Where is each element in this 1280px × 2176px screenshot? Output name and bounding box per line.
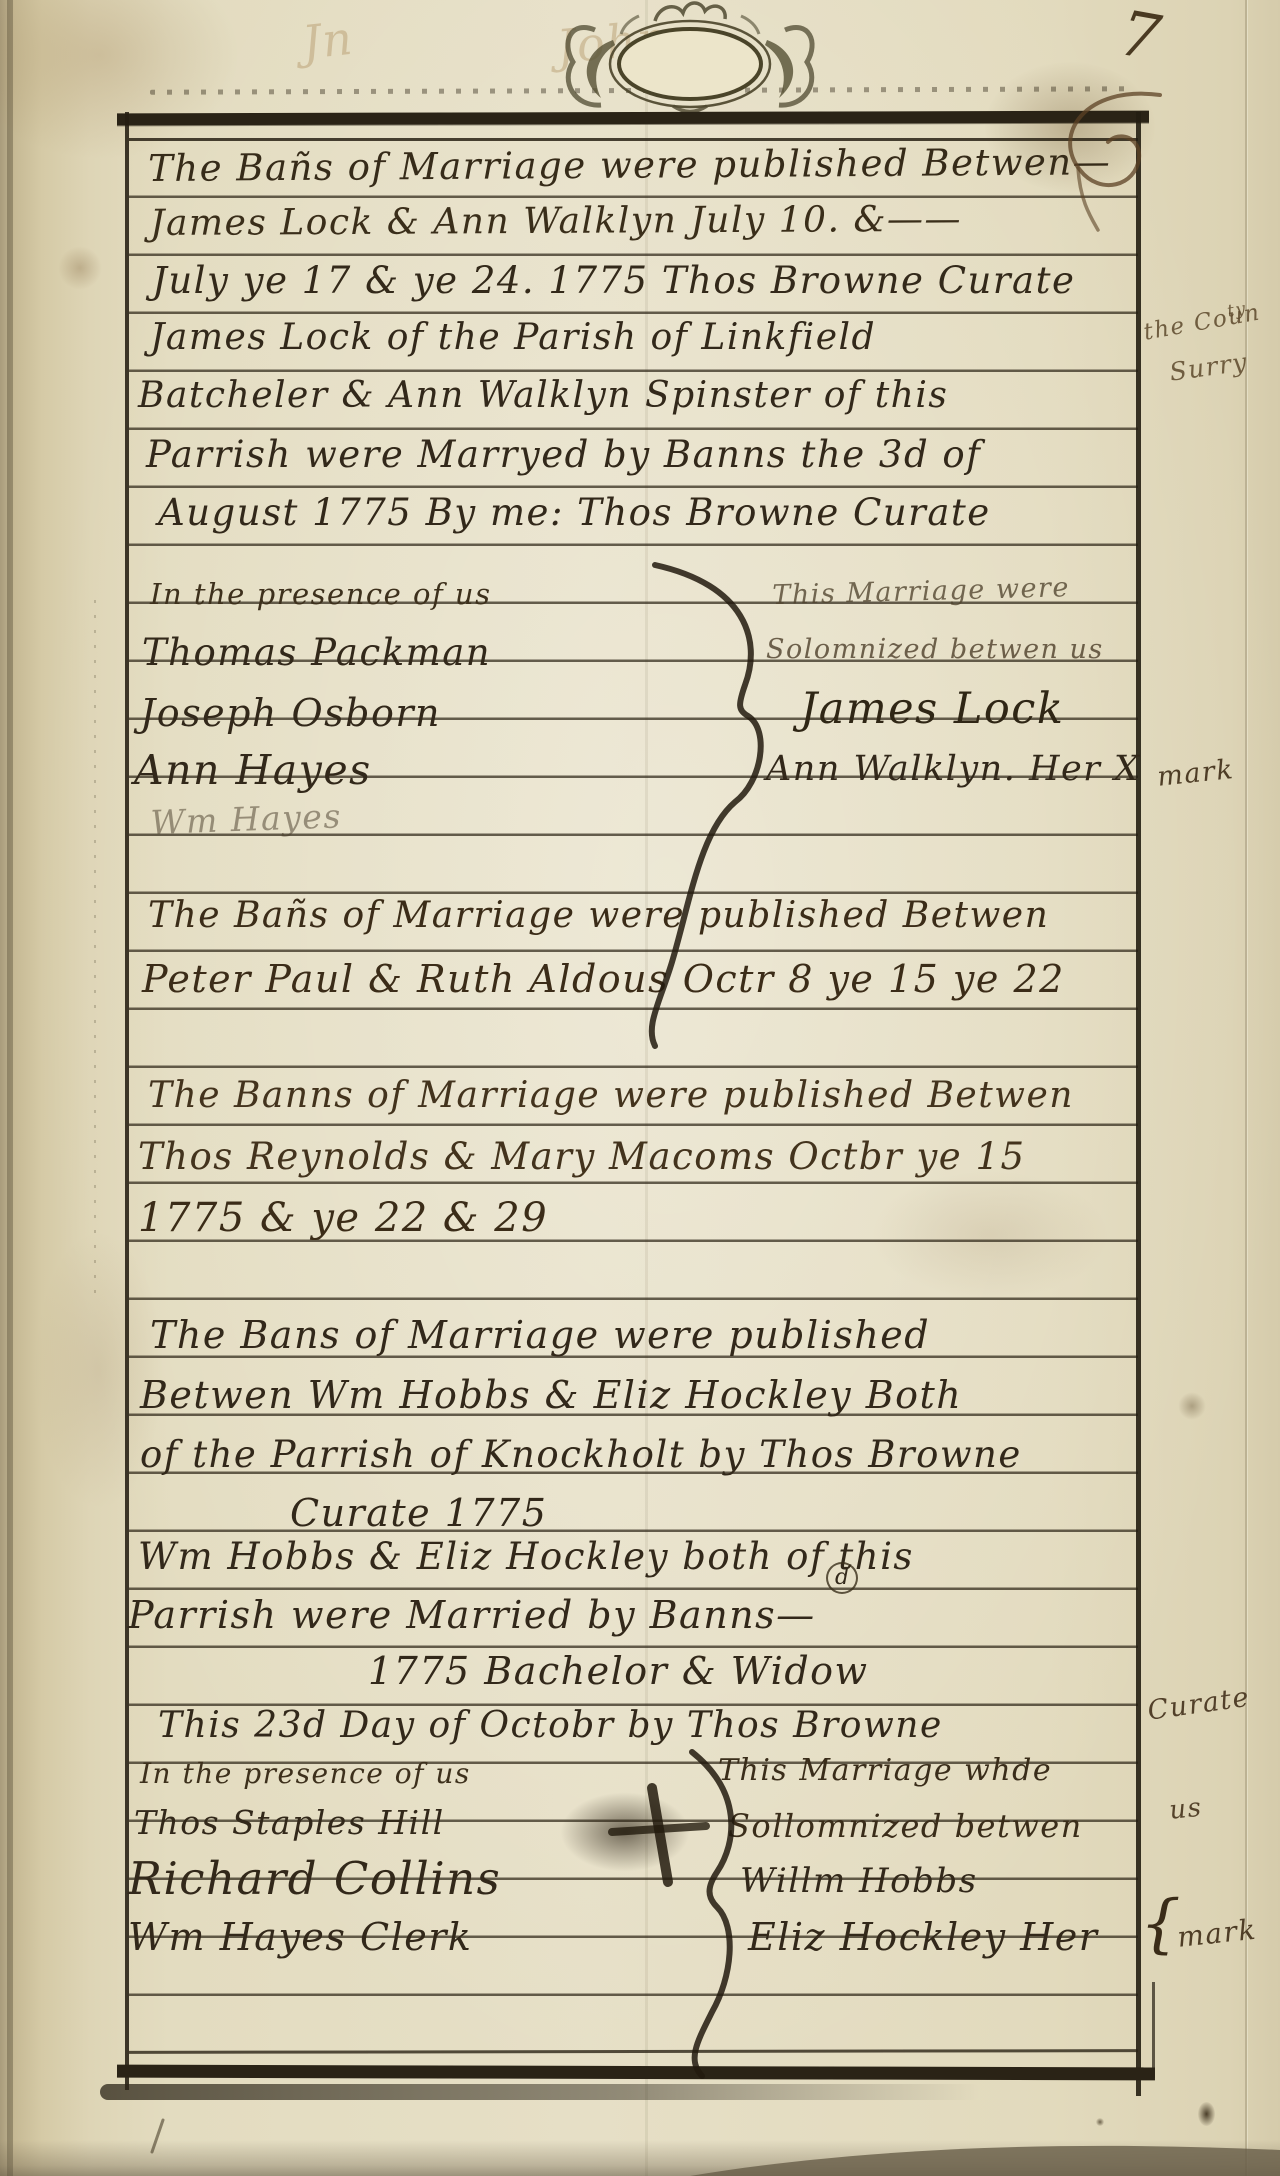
inserted-letter-annotation: d [826, 1562, 858, 1594]
stain [0, 0, 240, 160]
register-border-bottom-smear [100, 2084, 980, 2100]
margin-curate-note: Curate [1146, 1684, 1252, 1725]
gutter-crease [7, 0, 13, 2176]
register-line: James Lock & Ann Walklyn July 10. &—— [150, 202, 962, 242]
marriage-statement: Sollomnized betwen [728, 1810, 1083, 1842]
register-border-bottom-inner [129, 2049, 1138, 2054]
register-line: Thos Reynolds & Mary Macoms Octbr ye 15 [138, 1138, 1026, 1175]
marriage-statement: This Marriage whde [718, 1756, 1052, 1786]
register-line: Peter Paul & Ruth Aldous Octr 8 ye 15 ye… [142, 960, 1065, 998]
cartouche-ornament-icon [555, 0, 825, 122]
register-line: The Bañs of Marriage were published Betw… [148, 898, 1049, 934]
register-line: Curate 1775 [290, 1494, 547, 1532]
register-border-left [125, 112, 129, 2090]
bride-signature: Eliz Hockley Her [748, 1918, 1098, 1956]
witness-signature-faded: Wm Hayes [150, 799, 342, 839]
register-line: The Banns of Marriage were published Bet… [148, 1078, 1074, 1114]
stain [58, 246, 102, 290]
margin-county-sup: ty [1226, 301, 1248, 321]
witness-signature: Wm Hayes Clerk [128, 1918, 472, 1956]
register-line: Betwen Wm Hobbs & Eliz Hockley Both [140, 1376, 962, 1414]
register-border-right [1136, 112, 1141, 2096]
register-line: James Lock of the Parish of Linkfield [150, 320, 876, 356]
margin-mark-brace: { [1140, 1892, 1181, 1956]
register-line: Parrish were Marryed by Banns the 3d of [146, 436, 981, 473]
witness-heading: In the presence of us [150, 580, 491, 609]
witness-signature: Thomas Packman [142, 634, 491, 671]
ink-speckles [94, 600, 96, 1300]
register-line: Parrish were Married by Banns— [128, 1596, 816, 1634]
page-bottom-shade [0, 2140, 1280, 2176]
register-line: August 1775 By me: Thos Browne Curate [158, 494, 991, 531]
bride-signature: Ann Walklyn. Her X [766, 752, 1140, 787]
pen-trial-mark [152, 2120, 163, 2152]
register-line: The Bans of Marriage were published [150, 1316, 930, 1354]
ink-blot [1198, 2102, 1215, 2126]
ink-blot [1096, 2118, 1104, 2126]
ink-smudge [560, 1792, 690, 1872]
page-number: 7 [1115, 2, 1165, 70]
witness-signature: Joseph Osborn [140, 694, 441, 732]
parish-register-page: Jn John 7 The Bañs of Marriage were publ… [0, 0, 1280, 2176]
witness-signature: Ann Hayes [134, 750, 372, 791]
register-border-right-outer [1152, 1982, 1155, 2078]
page-edge-shadow [690, 2146, 1280, 2176]
margin-mark-note: mark [1176, 1916, 1258, 1952]
margin-county-note: Surry [1168, 349, 1249, 385]
register-line: This 23d Day of Octobr by Thos Browne [158, 1708, 943, 1744]
margin-mark-note: mark [1156, 756, 1235, 791]
marriage-statement: This Marriage were [772, 574, 1070, 609]
groom-signature: Willm Hobbs [740, 1864, 978, 1898]
stain [1178, 1392, 1206, 1420]
margin-us-note: us [1168, 1795, 1204, 1824]
register-border-top [117, 111, 1149, 126]
register-line: Batcheler & Ann Walklyn Spinster of this [138, 378, 948, 414]
register-line: July ye 17 & ye 24. 1775 Thos Browne Cur… [152, 262, 1075, 299]
register-line: 1775 Bachelor & Widow [368, 1652, 869, 1690]
ghost-writing: Jn [300, 15, 356, 66]
witness-signature: Thos Staples Hill [134, 1806, 445, 1839]
groom-signature: James Lock [800, 688, 1064, 731]
witness-heading: In the presence of us [140, 1760, 471, 1788]
register-line: of the Parrish of Knockholt by Thos Brow… [140, 1436, 1022, 1473]
marriage-statement: Solomnized betwen us [766, 636, 1104, 663]
witness-signature: Richard Collins [128, 1856, 501, 1901]
register-border-bottom [117, 2065, 1155, 2081]
register-line: 1775 & ye 22 & 29 [138, 1198, 548, 1238]
register-line: Wm Hobbs & Eliz Hockley both of this [138, 1538, 914, 1575]
register-line: The Bañs of Marriage were published Betw… [148, 143, 1111, 187]
